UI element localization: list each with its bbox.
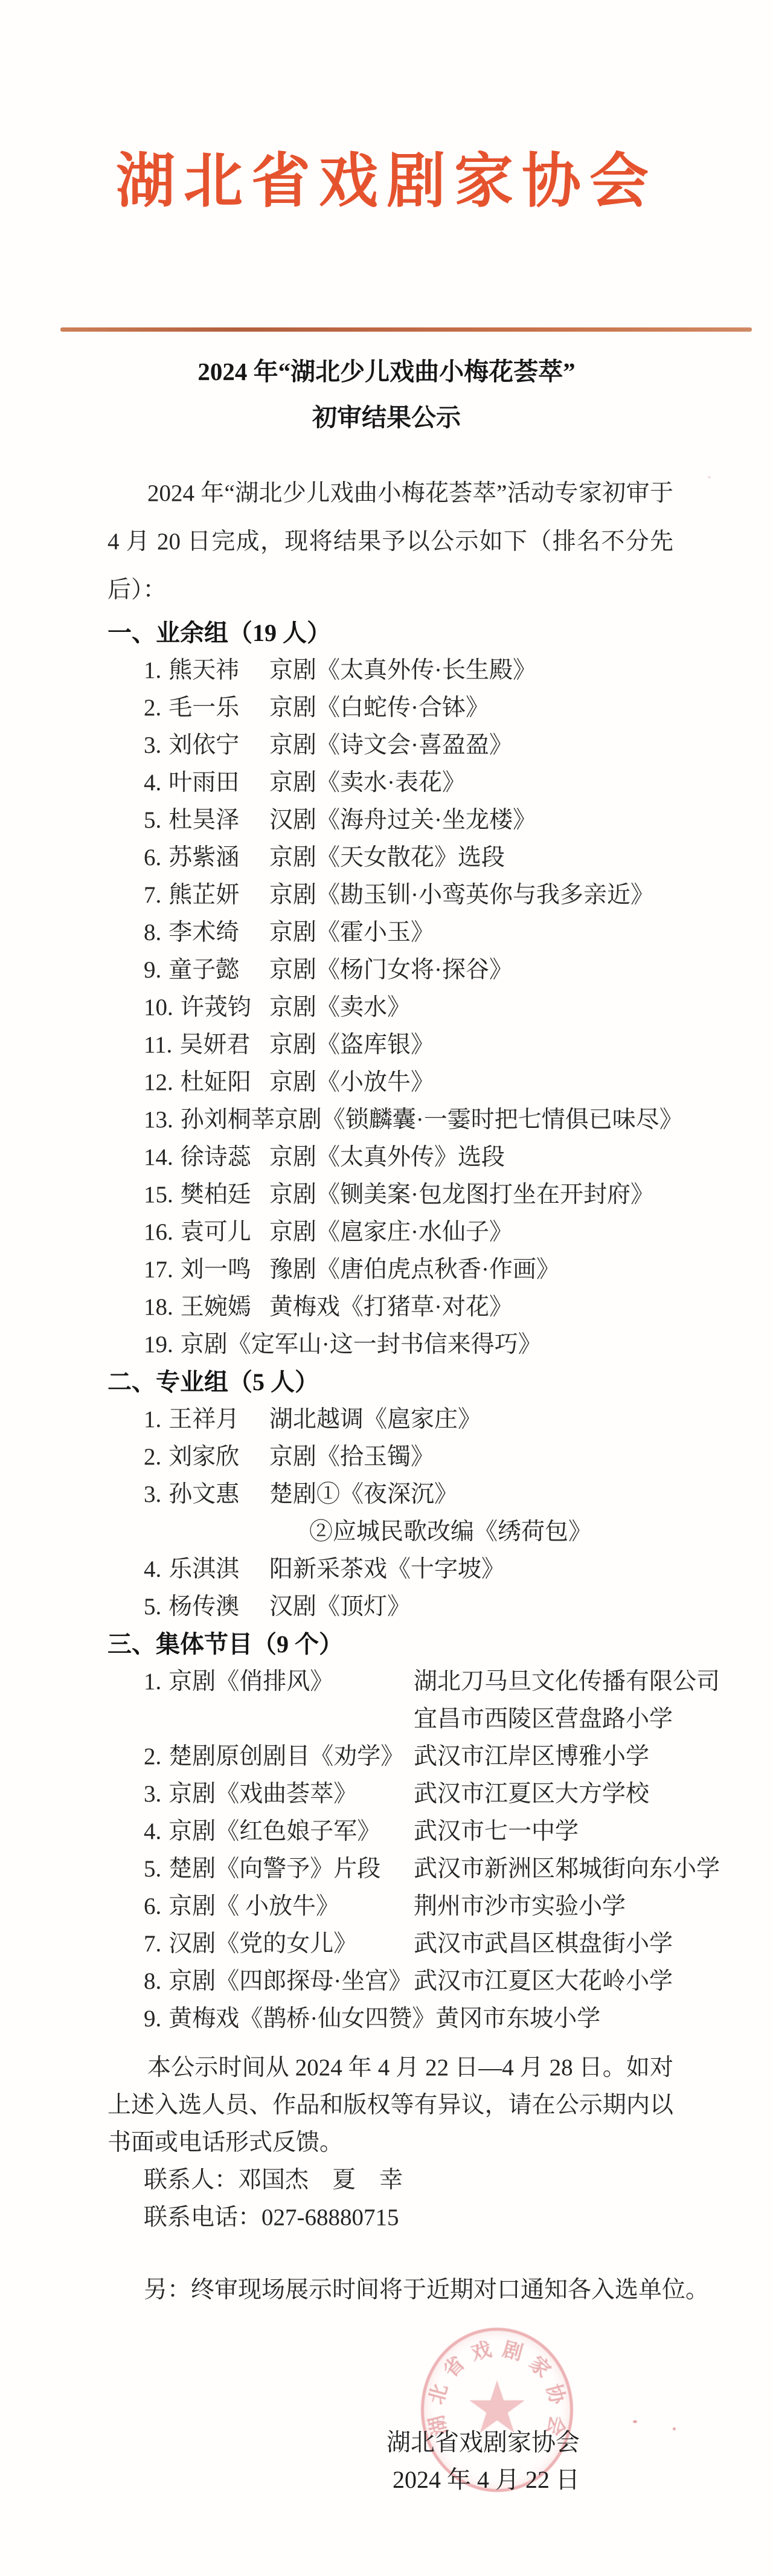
performer-name: 王祥月: [168, 1406, 239, 1432]
work-title: 汉剧《海舟过关·坐龙楼》: [269, 807, 536, 833]
group-item: 9.黄梅戏《鹊桥·仙女四赞》黄冈市东坡小学: [144, 2000, 673, 2038]
work-title: 京剧《扈家庄·水仙子》: [269, 1219, 513, 1245]
school-name: 黄冈市东坡小学: [435, 2006, 600, 2032]
program-title: 京剧《俏排风》: [168, 1669, 333, 1695]
amateur-item: 16.袁可儿京剧《扈家庄·水仙子》: [144, 1214, 673, 1251]
performer-name: 京剧《定军山·这一封书信来得巧》: [181, 1331, 542, 1357]
performer-name: 刘家欣: [168, 1444, 239, 1470]
amateur-item: 9.童子懿京剧《杨门女将·探谷》: [144, 952, 673, 989]
document-body: 2024 年“湖北少儿戏曲小梅花荟萃”活动专家初审于 4 月 20 日完成，现将…: [107, 469, 673, 2499]
program-title: 京剧《 小放牛》: [168, 1893, 339, 1919]
amateur-item: 17.刘一鸣豫剧《唐伯虎点秋香·作画》: [144, 1251, 673, 1289]
group-item-continuation: 宜昌市西陵区营盘路小学: [144, 1701, 673, 1738]
amateur-item: 5.杜昊泽汉剧《海舟过关·坐龙楼》: [144, 802, 673, 839]
item-number: 2.: [144, 1438, 161, 1476]
document-title-line1: 2024 年“湖北少儿戏曲小梅花荟萃”: [0, 349, 773, 394]
work-title: 京剧《盗库银》: [269, 1032, 434, 1058]
amateur-item: 19.京剧《定军山·这一封书信来得巧》: [144, 1326, 673, 1364]
item-number: 5.: [144, 1850, 161, 1888]
note-line: 另：终审现场展示时间将于近期对口通知各入选单位。: [144, 2272, 673, 2309]
item-number: 3.: [144, 1776, 161, 1813]
section-heading-professional: 二、专业组（5 人）: [107, 1364, 673, 1401]
amateur-item: 18.王婉嫣黄梅戏《打猪草·对花》: [144, 1289, 673, 1326]
item-number: 14.: [144, 1139, 173, 1176]
item-number: 11.: [144, 1026, 172, 1064]
item-number: 12.: [144, 1064, 173, 1101]
program-title: 京剧《四郎探母·坐宫》: [168, 1968, 412, 1994]
contact-phone-line: 联系电话：027-68880715: [144, 2199, 673, 2236]
school-name: 荆州市沙市实验小学: [414, 1893, 626, 1919]
work-title: 京剧《拾玉镯》: [269, 1444, 434, 1470]
amateur-item: 2.毛一乐京剧《白蛇传·合钵》: [144, 689, 673, 727]
group-item: 2.楚剧原创剧目《劝学》武汉市江岸区博雅小学: [144, 1738, 673, 1776]
work-title: 豫剧《唐伯虎点秋香·作画》: [269, 1257, 560, 1283]
item-number: 4.: [144, 1813, 161, 1850]
document-title: 2024 年“湖北少儿戏曲小梅花荟萃” 初审结果公示: [0, 349, 773, 440]
group-item: 7.汉剧《党的女儿》武汉市武昌区棋盘街小学: [144, 1925, 673, 1963]
performer-name: 王婉嫣: [181, 1294, 251, 1320]
item-number: 16.: [144, 1214, 173, 1251]
amateur-item: 3.刘依宁京剧《诗文会·喜盈盈》: [144, 727, 673, 764]
item-number: 5.: [144, 802, 161, 839]
work-title: 京剧《太真外传·长生殿》: [269, 657, 536, 683]
amateur-item: 7.熊芷妍京剧《勘玉钏·小鸾英你与我多亲近》: [144, 877, 673, 914]
letterhead-org-title: 湖北省戏剧家协会: [0, 0, 773, 211]
performer-name: 孙刘桐莘: [181, 1107, 275, 1133]
item-number: 3.: [144, 727, 161, 764]
performer-name: 熊天祎: [168, 657, 239, 683]
school-name: 武汉市七一中学: [414, 1818, 579, 1844]
contact-person-line: 联系人：邓国杰 夏 幸: [144, 2162, 673, 2199]
work-title: 黄梅戏《打猪草·对花》: [269, 1294, 513, 1320]
amateur-item: 13.孙刘桐莘京剧《锁麟囊·一霎时把七情俱已味尽》: [144, 1101, 673, 1139]
amateur-item: 4.叶雨田京剧《卖水·表花》: [144, 764, 673, 802]
signature-org: 湖北省戏剧家协会: [107, 2424, 580, 2461]
amateur-item: 12.杜姃阳京剧《小放牛》: [144, 1064, 673, 1101]
ink-speck: [708, 476, 711, 478]
item-number: 6.: [144, 1888, 161, 1925]
work-title: 京剧《霍小玉》: [269, 919, 434, 945]
performer-name: 徐诗蕊: [181, 1144, 251, 1170]
performer-name: 苏紫涵: [168, 845, 239, 871]
work-title: 京剧《勘玉钏·小鸾英你与我多亲近》: [269, 882, 654, 908]
program-title: 楚剧《向警予》片段: [168, 1856, 380, 1882]
work-title-second-line: ②应城民歌改编《绣荷包》: [269, 1519, 592, 1545]
work-title: 京剧《卖水》: [269, 994, 411, 1020]
work-title: 京剧《卖水·表花》: [269, 770, 466, 796]
work-title: 楚剧①《夜深沉》: [269, 1481, 458, 1507]
work-title: 京剧《铡美案·包龙图打坐在开封府》: [269, 1182, 654, 1208]
performer-name: 刘依宁: [168, 732, 239, 758]
work-title: 京剧《太真外传》选段: [269, 1144, 505, 1170]
school-name: 武汉市江夏区大花岭小学: [414, 1968, 673, 1994]
performer-name: 杜昊泽: [168, 807, 239, 833]
group-item: 8.京剧《四郎探母·坐宫》武汉市江夏区大花岭小学: [144, 1963, 673, 2000]
performer-name: 吴妍君: [179, 1032, 250, 1058]
item-number: 4.: [144, 1551, 161, 1588]
performer-name: 许茙钧: [181, 994, 251, 1020]
performer-name: 杜姃阳: [181, 1069, 251, 1095]
item-number: 7.: [144, 877, 161, 914]
document-title-line2: 初审结果公示: [0, 394, 773, 440]
item-number: 5.: [144, 1588, 161, 1626]
group-item: 4.京剧《红色娘子军》武汉市七一中学: [144, 1813, 673, 1850]
group-item: 3.京剧《戏曲荟萃》武汉市江夏区大方学校: [144, 1776, 673, 1813]
item-number: 9.: [144, 2000, 161, 2038]
amateur-item: 1.熊天祎京剧《太真外传·长生殿》: [144, 652, 673, 689]
item-number: 1.: [144, 652, 161, 689]
professional-item: 3.孙文惠楚剧①《夜深沉》: [144, 1476, 673, 1513]
school-name: 武汉市江夏区大方学校: [414, 1781, 649, 1807]
performer-name: 毛一乐: [168, 695, 239, 721]
result-lists: 一、业余组（19 人） 1.熊天祎京剧《太真外传·长生殿》 2.毛一乐京剧《白蛇…: [107, 614, 673, 2038]
signature-date: 2024 年 4 月 22 日: [107, 2461, 580, 2499]
amateur-item: 10.许茙钧京剧《卖水》: [144, 989, 673, 1026]
performer-name: 樊柏廷: [181, 1182, 251, 1208]
amateur-item: 8.李术绮京剧《霍小玉》: [144, 914, 673, 952]
scanned-document-page: 湖北省戏剧家协会 2024 年“湖北少儿戏曲小梅花荟萃” 初审结果公示 2024…: [0, 0, 773, 2576]
item-number: 19.: [144, 1326, 173, 1364]
item-number: 2.: [144, 1738, 161, 1776]
group-item: 5.楚剧《向警予》片段武汉市新洲区邾城街向东小学: [144, 1850, 673, 1888]
school-name: 湖北刀马旦文化传播有限公司: [414, 1669, 720, 1695]
section-heading-group: 三、集体节目（9 个）: [107, 1626, 673, 1663]
professional-item-continuation: ②应城民歌改编《绣荷包》: [144, 1513, 673, 1551]
item-number: 8.: [144, 1963, 161, 2000]
work-title: 京剧《锁麟囊·一霎时把七情俱已味尽》: [275, 1107, 683, 1133]
program-title: 汉剧《党的女儿》: [168, 1931, 357, 1957]
item-number: 1.: [144, 1663, 161, 1701]
professional-item: 5.杨传澳汉剧《顶灯》: [144, 1588, 673, 1626]
work-title: 京剧《白蛇传·合钵》: [269, 695, 489, 721]
amateur-item: 6.苏紫涵京剧《天女散花》选段: [144, 839, 673, 877]
signature-block: 湖北省戏剧家协会 2024 年 4 月 22 日: [107, 2424, 673, 2499]
closing-paragraph: 本公示时间从 2024 年 4 月 22 日—4 月 28 日。如对上述入选人员…: [107, 2049, 673, 2162]
item-number: 10.: [144, 989, 173, 1026]
professional-item: 4.乐淇淇阳新采茶戏《十字坡》: [144, 1551, 673, 1588]
program-title: 京剧《戏曲荟萃》: [168, 1781, 357, 1807]
item-number: 9.: [144, 952, 161, 989]
item-number: 7.: [144, 1925, 161, 1963]
performer-name: 李术绮: [168, 919, 239, 945]
work-title: 京剧《杨门女将·探谷》: [269, 957, 513, 983]
item-number: 6.: [144, 839, 161, 877]
work-title: 京剧《小放牛》: [269, 1069, 434, 1095]
section-heading-amateur: 一、业余组（19 人）: [107, 614, 673, 652]
amateur-item: 14.徐诗蕊京剧《太真外传》选段: [144, 1139, 673, 1176]
item-number: 3.: [144, 1476, 161, 1513]
school-name: 武汉市武昌区棋盘街小学: [414, 1931, 673, 1957]
item-number: 1.: [144, 1401, 161, 1438]
school-name: 武汉市新洲区邾城街向东小学: [414, 1856, 720, 1882]
professional-item: 1.王祥月湖北越调《扈家庄》: [144, 1401, 673, 1438]
performer-name: 刘一鸣: [181, 1257, 251, 1283]
school-name-second-line: 宜昌市西陵区营盘路小学: [414, 1706, 673, 1732]
work-title: 湖北越调《扈家庄》: [269, 1406, 481, 1432]
work-title: 阳新采茶戏《十字坡》: [269, 1556, 505, 1582]
work-title: 京剧《诗文会·喜盈盈》: [269, 732, 513, 758]
program-title: 京剧《红色娘子军》: [168, 1818, 380, 1844]
performer-name: 熊芷妍: [168, 882, 239, 908]
performer-name: 童子懿: [168, 957, 239, 983]
item-number: 13.: [144, 1101, 173, 1139]
work-title: 汉剧《顶灯》: [269, 1594, 411, 1620]
item-number: 18.: [144, 1289, 173, 1326]
intro-paragraph: 2024 年“湖北少儿戏曲小梅花荟萃”活动专家初审于 4 月 20 日完成，现将…: [107, 469, 673, 614]
performer-name: 杨传澳: [168, 1594, 239, 1620]
letterhead-rule: [60, 327, 752, 332]
amateur-item: 11.吴妍君京剧《盗库银》: [144, 1026, 673, 1064]
ink-speck: [633, 2420, 637, 2423]
performer-name: 叶雨田: [168, 770, 239, 796]
item-number: 4.: [144, 764, 161, 802]
professional-item: 2.刘家欣京剧《拾玉镯》: [144, 1438, 673, 1476]
performer-name: 袁可儿: [181, 1219, 251, 1245]
item-number: 15.: [144, 1176, 173, 1214]
performer-name: 孙文惠: [168, 1481, 239, 1507]
program-title: 楚剧原创剧目《劝学》: [168, 1744, 404, 1769]
school-name: 武汉市江岸区博雅小学: [414, 1744, 649, 1769]
group-item: 6.京剧《 小放牛》荆州市沙市实验小学: [144, 1888, 673, 1925]
performer-name: 乐淇淇: [168, 1556, 239, 1582]
program-title: 黄梅戏《鹊桥·仙女四赞》: [168, 2006, 435, 2032]
item-number: 17.: [144, 1251, 173, 1289]
amateur-item: 15.樊柏廷京剧《铡美案·包龙图打坐在开封府》: [144, 1176, 673, 1214]
group-item: 1.京剧《俏排风》湖北刀马旦文化传播有限公司: [144, 1663, 673, 1701]
item-number: 2.: [144, 689, 161, 727]
item-number: 8.: [144, 914, 161, 952]
work-title: 京剧《天女散花》选段: [269, 845, 505, 871]
contact-block: 联系人：邓国杰 夏 幸 联系电话：027-68880715 另：终审现场展示时间…: [107, 2162, 673, 2309]
